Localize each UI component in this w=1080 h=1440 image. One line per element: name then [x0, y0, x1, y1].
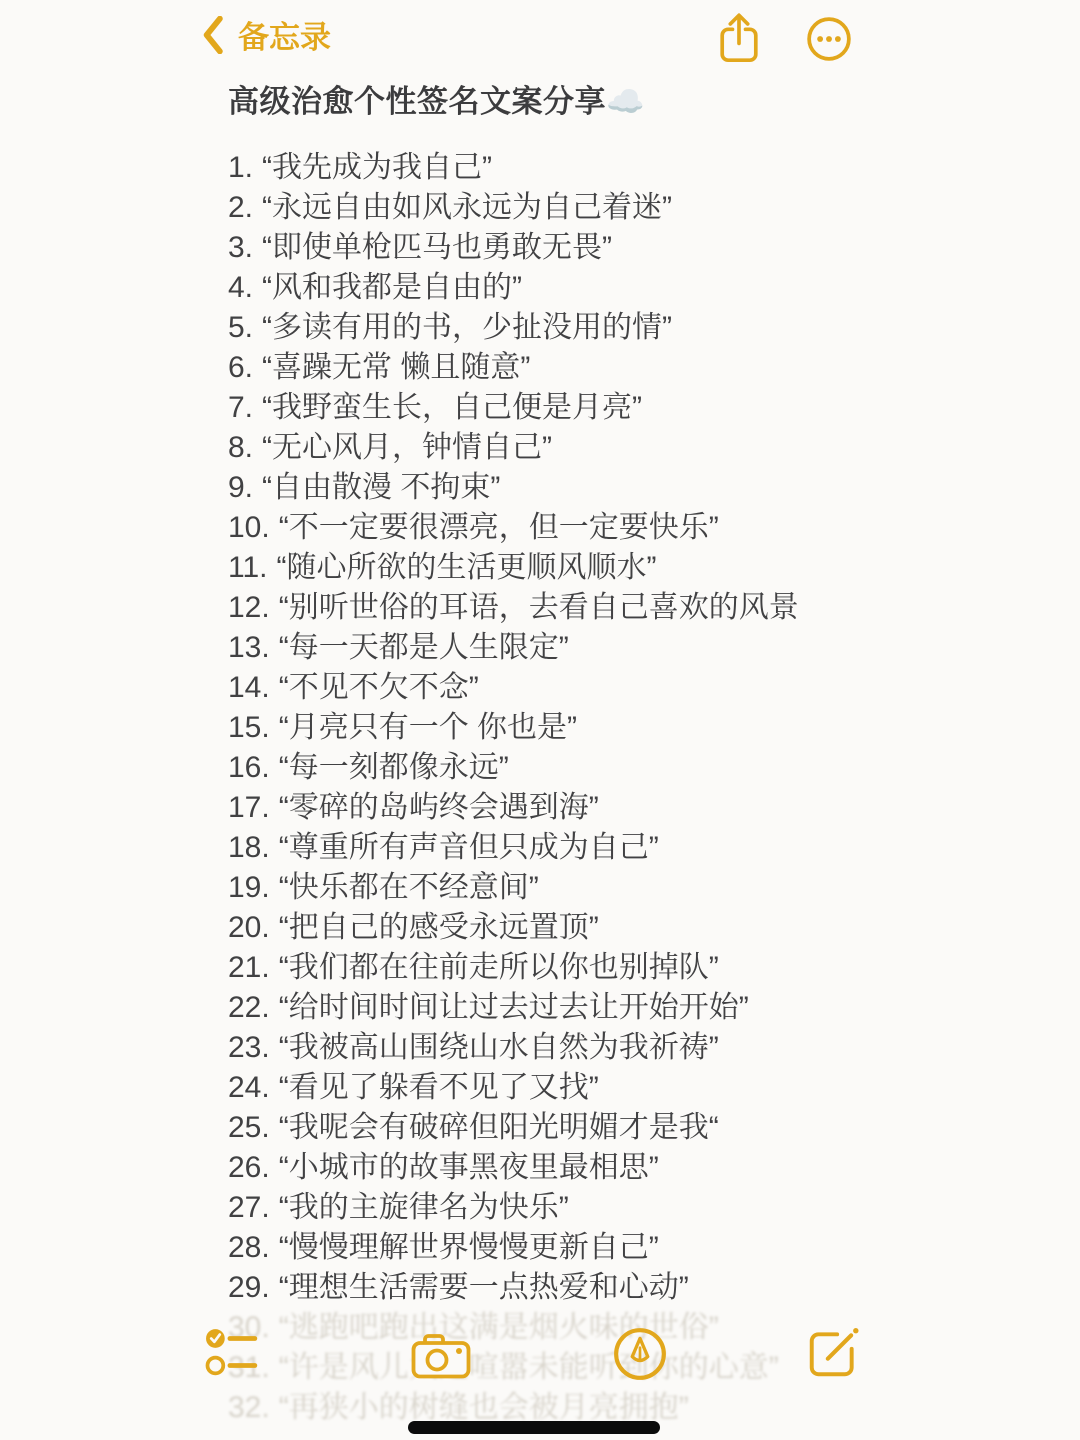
- quote-number: 10.: [228, 508, 270, 548]
- quote-number: 16.: [228, 748, 270, 788]
- quote-text: “许是风儿太过喧嚣未能听到你的心意”: [279, 1351, 779, 1384]
- checklist-button[interactable]: [205, 1327, 259, 1377]
- quote-text: “无心风月，钟情自己”: [262, 431, 552, 464]
- quote-text: “自由散漫 不拘束”: [262, 471, 500, 504]
- quote-text: “小城市的故事黑夜里最相思”: [279, 1151, 659, 1184]
- share-icon: [718, 12, 760, 64]
- quote-text: “零碎的岛屿终会遇到海”: [279, 791, 599, 824]
- quote-text: “给时间时间让过去过去让开始开始”: [279, 991, 749, 1024]
- quote-text: “永远自由如风永远为自己着迷”: [262, 191, 672, 224]
- quote-text: “多读有用的书，少扯没用的情”: [262, 311, 672, 344]
- quote-text: “我先成为我自己”: [262, 151, 492, 184]
- quote-list-item: 19.“快乐都在不经意间”: [228, 868, 1050, 908]
- quote-list-item: 29.“理想生活需要一点热爱和心动”: [228, 1268, 1050, 1308]
- share-button[interactable]: [718, 12, 760, 64]
- quote-list-item: 22.“给时间时间让过去过去让开始开始”: [228, 988, 1050, 1028]
- quote-number: 1.: [228, 148, 253, 188]
- quote-number: 23.: [228, 1028, 270, 1068]
- quote-number: 11.: [228, 548, 267, 588]
- quote-list-item: 21.“我们都在往前走所以你也别掉队”: [228, 948, 1050, 988]
- quote-number: 4.: [228, 268, 253, 308]
- quote-list-item: 17.“零碎的岛屿终会遇到海”: [228, 788, 1050, 828]
- quote-list: 1.“我先成为我自己”2.“永远自由如风永远为自己着迷”3.“即使单枪匹马也勇敢…: [228, 148, 1050, 1308]
- quote-list-item: 2.“永远自由如风永远为自己着迷”: [228, 188, 1050, 228]
- markup-icon: [612, 1326, 668, 1382]
- quote-number: 21.: [228, 948, 270, 988]
- ellipsis-circle-icon: [806, 16, 852, 62]
- quote-list-item: 10.“不一定要很漂亮，但一定要快乐”: [228, 508, 1050, 548]
- camera-icon: [410, 1333, 472, 1379]
- quote-text: “每一天都是人生限定”: [279, 631, 569, 664]
- quote-text: “每一刻都像永远”: [279, 751, 509, 784]
- quote-text: “快乐都在不经意间”: [279, 871, 539, 904]
- quote-text: “理想生活需要一点热爱和心动”: [279, 1271, 689, 1304]
- quote-text: “尊重所有声音但只成为自己”: [279, 831, 659, 864]
- quote-text: “我野蛮生长，自己便是月亮”: [262, 391, 642, 424]
- quote-text: “我的主旋律名为快乐”: [279, 1191, 569, 1224]
- checklist-icon: [205, 1327, 259, 1377]
- home-indicator: [408, 1421, 660, 1434]
- quote-number: 28.: [228, 1228, 270, 1268]
- quote-list-item: 24.“看见了躲看不见了又找”: [228, 1068, 1050, 1108]
- quote-number: 18.: [228, 828, 270, 868]
- back-button-label: 备忘录: [238, 12, 331, 57]
- quote-number: 27.: [228, 1188, 270, 1228]
- quote-text: “不见不欠不念”: [279, 671, 479, 704]
- markup-button[interactable]: [612, 1326, 668, 1382]
- quote-list-item: 15.“月亮只有一个 你也是”: [228, 708, 1050, 748]
- quote-list-item: 13.“每一天都是人生限定”: [228, 628, 1050, 668]
- quote-text: “别听世俗的耳语，去看自己喜欢的风景: [279, 591, 799, 624]
- notes-app-screen: 备忘录 高级治愈个性签名文案分享☁️: [0, 0, 1080, 1440]
- quote-number: 20.: [228, 908, 270, 948]
- quote-number: 9.: [228, 468, 253, 508]
- quote-number: 5.: [228, 308, 253, 348]
- quote-number: 13.: [228, 628, 270, 668]
- quote-list-item: 25.“我呢会有破碎但阳光明媚才是我“: [228, 1108, 1050, 1148]
- quote-text: “再狭小的树缝也会被月亮拥抱”: [279, 1391, 689, 1424]
- back-chevron-icon: [202, 16, 224, 54]
- quote-list-item: 23.“我被高山围绕山水自然为我祈祷”: [228, 1028, 1050, 1068]
- quote-text: “即使单枪匹马也勇敢无畏”: [262, 231, 612, 264]
- quote-list-item: 18.“尊重所有声音但只成为自己”: [228, 828, 1050, 868]
- quote-number: 26.: [228, 1148, 270, 1188]
- quote-number: 15.: [228, 708, 270, 748]
- quote-text: “不一定要很漂亮，但一定要快乐”: [279, 511, 719, 544]
- quote-number: 17.: [228, 788, 270, 828]
- nav-bar: 备忘录: [0, 0, 1080, 70]
- quote-number: 25.: [228, 1108, 270, 1148]
- compose-button[interactable]: [805, 1325, 861, 1381]
- quote-number: 7.: [228, 388, 253, 428]
- quote-text: “我们都在往前走所以你也别掉队”: [279, 951, 719, 984]
- quote-number: 6.: [228, 348, 253, 388]
- quote-number: 8.: [228, 428, 253, 468]
- quote-number: 29.: [228, 1268, 270, 1308]
- quote-list-item: 28.“慢慢理解世界慢慢更新自己”: [228, 1228, 1050, 1268]
- quote-list-item: 20.“把自己的感受永远置顶”: [228, 908, 1050, 948]
- quote-list-item: 1.“我先成为我自己”: [228, 148, 1050, 188]
- quote-number: 24.: [228, 1068, 270, 1108]
- quote-list-item: 9.“自由散漫 不拘束”: [228, 468, 1050, 508]
- quote-list-item: 16.“每一刻都像永远”: [228, 748, 1050, 788]
- quote-list-item: 27.“我的主旋律名为快乐”: [228, 1188, 1050, 1228]
- quote-list-item: 4.“风和我都是自由的”: [228, 268, 1050, 308]
- quote-list-item: 11.“随心所欲的生活更顺风顺水”: [228, 548, 1050, 588]
- more-button[interactable]: [806, 16, 852, 62]
- quote-text: “慢慢理解世界慢慢更新自己”: [279, 1231, 659, 1264]
- quote-list-item: 3.“即使单枪匹马也勇敢无畏”: [228, 228, 1050, 268]
- quote-list-item: 14.“不见不欠不念”: [228, 668, 1050, 708]
- quote-number: 19.: [228, 868, 270, 908]
- quote-list-item: 26.“小城市的故事黑夜里最相思”: [228, 1148, 1050, 1188]
- camera-button[interactable]: [410, 1333, 472, 1379]
- quote-number: 22.: [228, 988, 270, 1028]
- quote-number: 14.: [228, 668, 270, 708]
- quote-list-item: 12.“别听世俗的耳语，去看自己喜欢的风景: [228, 588, 1050, 628]
- back-button[interactable]: 备忘录: [202, 12, 331, 57]
- quote-list-item: 8.“无心风月，钟情自己”: [228, 428, 1050, 468]
- quote-number: 12.: [228, 588, 270, 628]
- quote-number: 2.: [228, 188, 253, 228]
- quote-number: 3.: [228, 228, 253, 268]
- quote-text: “把自己的感受永远置顶”: [279, 911, 599, 944]
- quote-text: “喜躁无常 懒且随意”: [262, 351, 530, 384]
- quote-number: 32.: [228, 1388, 270, 1428]
- quote-text: “我呢会有破碎但阳光明媚才是我“: [279, 1111, 719, 1144]
- quote-list-item: 6.“喜躁无常 懒且随意”: [228, 348, 1050, 388]
- quote-text: “我被高山围绕山水自然为我祈祷”: [279, 1031, 719, 1064]
- quote-text: “风和我都是自由的”: [262, 271, 522, 304]
- quote-text: “随心所欲的生活更顺风顺水”: [276, 551, 656, 584]
- quote-list-item: 7.“我野蛮生长，自己便是月亮”: [228, 388, 1050, 428]
- quote-list-item: 5.“多读有用的书，少扯没用的情”: [228, 308, 1050, 348]
- quote-text: “月亮只有一个 你也是”: [279, 711, 577, 744]
- note-title: 高级治愈个性签名文案分享☁️: [228, 76, 645, 121]
- quote-text: “看见了躲看不见了又找”: [279, 1071, 599, 1104]
- compose-icon: [805, 1325, 861, 1381]
